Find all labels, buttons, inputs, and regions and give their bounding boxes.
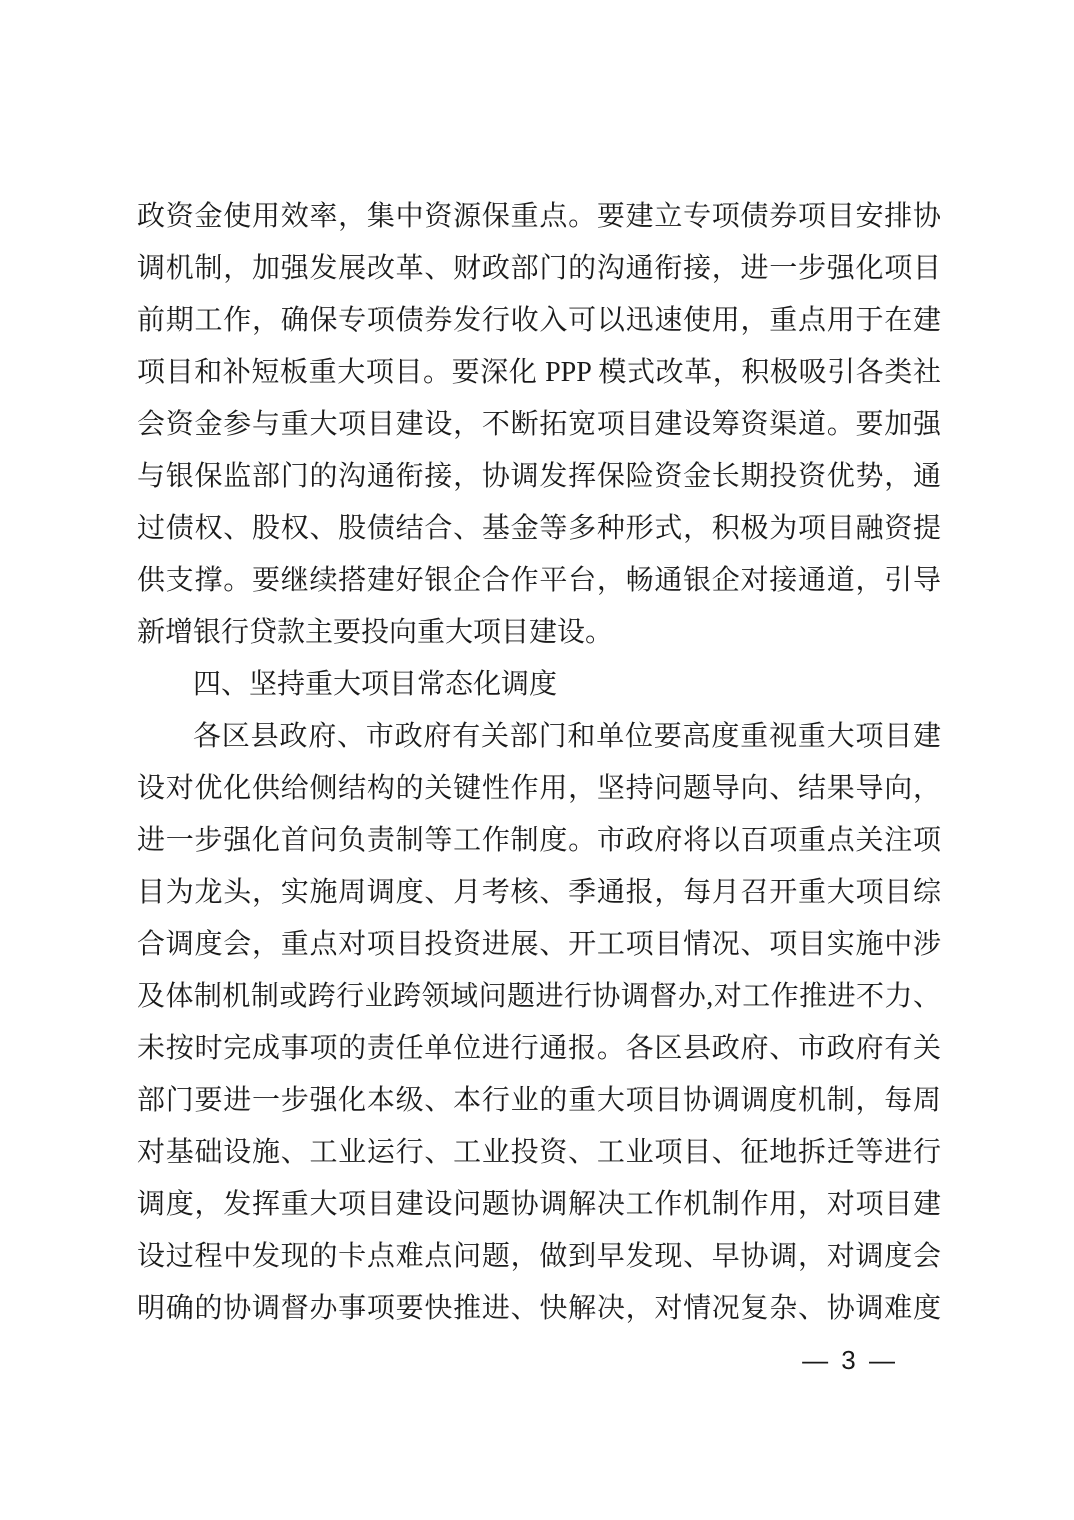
text-line: 目为龙头，实施周调度、月考核、季通报，每月召开重大项目综 <box>137 867 941 919</box>
text-line: 与银保监部门的沟通衔接，协调发挥保险资金长期投资优势，通 <box>137 451 941 503</box>
text-line: 项目和补短板重大项目。要深化 PPP 模式改革，积极吸引各类社 <box>137 347 941 399</box>
text-line: 前期工作，确保专项债券发行收入可以迅速使用，重点用于在建 <box>137 295 941 347</box>
text-line: 未按时完成事项的责任单位进行通报。各区县政府、市政府有关 <box>137 1023 941 1075</box>
body-text: 政资金使用效率，集中资源保重点。要建立专项债券项目安排协 调机制，加强发展改革、… <box>137 191 941 1335</box>
text-line: 供支撑。要继续搭建好银企合作平台，畅通银企对接通道，引导 <box>137 555 941 607</box>
text-line: 及体制机制或跨行业跨领域问题进行协调督办,对工作推进不力、 <box>137 971 941 1023</box>
text-line: 过债权、股权、股债结合、基金等多种形式，积极为项目融资提 <box>137 503 941 555</box>
text-line: 设对优化供给侧结构的关键性作用，坚持问题导向、结果导向， <box>137 763 941 815</box>
text-line: 调度，发挥重大项目建设问题协调解决工作机制作用，对项目建 <box>137 1179 941 1231</box>
text-line: 合调度会，重点对项目投资进展、开工项目情况、项目实施中涉 <box>137 919 941 971</box>
text-line: 各区县政府、市政府有关部门和单位要高度重视重大项目建 <box>137 711 941 763</box>
text-line: 设过程中发现的卡点难点问题，做到早发现、早协调，对调度会 <box>137 1231 941 1283</box>
page-number: — 3 — <box>802 1344 898 1376</box>
text-line: 部门要进一步强化本级、本行业的重大项目协调调度机制，每周 <box>137 1075 941 1127</box>
text-line: 新增银行贷款主要投向重大项目建设。 <box>137 607 941 659</box>
text-line: 明确的协调督办事项要快推进、快解决，对情况复杂、协调难度 <box>137 1283 941 1335</box>
document-page: 政资金使用效率，集中资源保重点。要建立专项债券项目安排协 调机制，加强发展改革、… <box>0 0 1074 1520</box>
text-line: 调机制，加强发展改革、财政部门的沟通衔接，进一步强化项目 <box>137 243 941 295</box>
text-line: 会资金参与重大项目建设，不断拓宽项目建设筹资渠道。要加强 <box>137 399 941 451</box>
text-line: 政资金使用效率，集中资源保重点。要建立专项债券项目安排协 <box>137 191 941 243</box>
text-line: 进一步强化首问负责制等工作制度。市政府将以百项重点关注项 <box>137 815 941 867</box>
section-heading: 四、坚持重大项目常态化调度 <box>137 659 941 711</box>
text-line: 对基础设施、工业运行、工业投资、工业项目、征地拆迁等进行 <box>137 1127 941 1179</box>
